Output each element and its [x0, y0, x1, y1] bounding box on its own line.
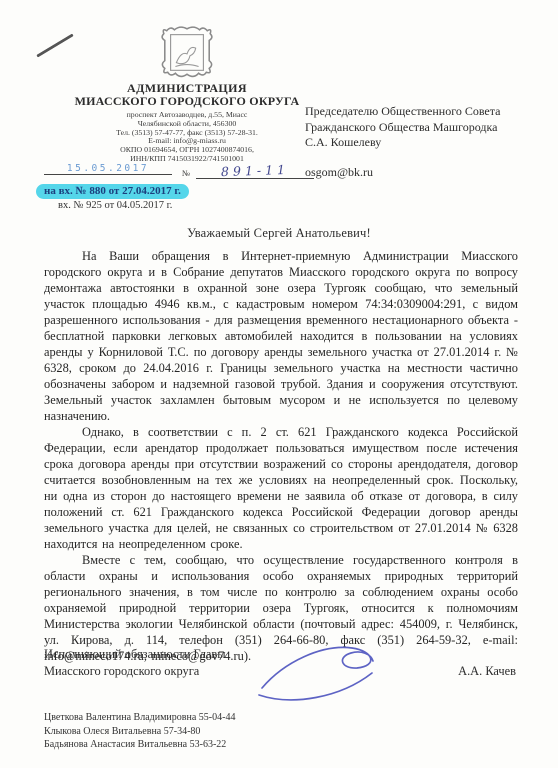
recipient-email: osgom@bk.ru [305, 165, 540, 181]
number-sign: № [182, 168, 190, 178]
registration-date-stamp: 15.05.2017 [67, 163, 149, 174]
registration-block: 15.05.2017 № 891-11 на вх. № 880 от 27.0… [36, 163, 326, 211]
salutation: Уважаемый Сергей Анатольевич! [0, 226, 558, 241]
outgoing-number-handwritten: 891-11 [221, 162, 289, 179]
signatory-name: А.А. Качев [458, 663, 516, 680]
letter-body: На Ваши обращения в Интернет-приемную Ад… [44, 248, 518, 664]
miass-coat-of-arms-icon [158, 24, 216, 80]
letterhead: АДМИНИСТРАЦИЯ МИАССКОГО ГОРОДСКОГО ОКРУГ… [28, 24, 346, 164]
recipient-name: С.А. Кошелеву [305, 135, 540, 151]
recipient-line: Председателю Общественного Совета [305, 104, 540, 120]
registration-number-row: 15.05.2017 № 891-11 [36, 163, 326, 181]
recipient-block: Председателю Общественного Совета Гражда… [305, 104, 540, 180]
executor-line: Цветкова Валентина Владимировна 55-04-44 [44, 711, 235, 725]
outgoing-number-underline: 891-11 [196, 163, 314, 179]
recipient-line: Гражданского Общества Машгородка [305, 120, 540, 136]
incoming-reference: вх. № 925 от 04.05.2017 г. [36, 200, 326, 211]
date-stamp-underline: 15.05.2017 [44, 163, 172, 175]
executors-block: Цветкова Валентина Владимировна 55-04-44… [44, 711, 235, 752]
org-name-line2: МИАССКОГО ГОРОДСКОГО ОКРУГА [28, 95, 346, 108]
highlighted-reference-row: на вх. № 880 от 27.04.2017 г. [36, 184, 326, 199]
scanned-letter-page: АДМИНИСТРАЦИЯ МИАССКОГО ГОРОДСКОГО ОКРУГ… [0, 0, 558, 768]
highlighted-reference: на вх. № 880 от 27.04.2017 г. [36, 184, 189, 199]
executor-line: Клыкова Олеся Витальевна 57-34-80 [44, 725, 235, 739]
executor-line: Бадьянова Анастасия Витальевна 53-63-22 [44, 738, 235, 752]
signature-block: Исполняющий обязанности Главы Миасского … [44, 646, 518, 680]
body-paragraph-2: Однако, в соответствии с п. 2 ст. 621 Гр… [44, 424, 518, 552]
handwritten-signature-icon [254, 636, 404, 708]
body-paragraph-1: На Ваши обращения в Интернет-приемную Ад… [44, 248, 518, 424]
